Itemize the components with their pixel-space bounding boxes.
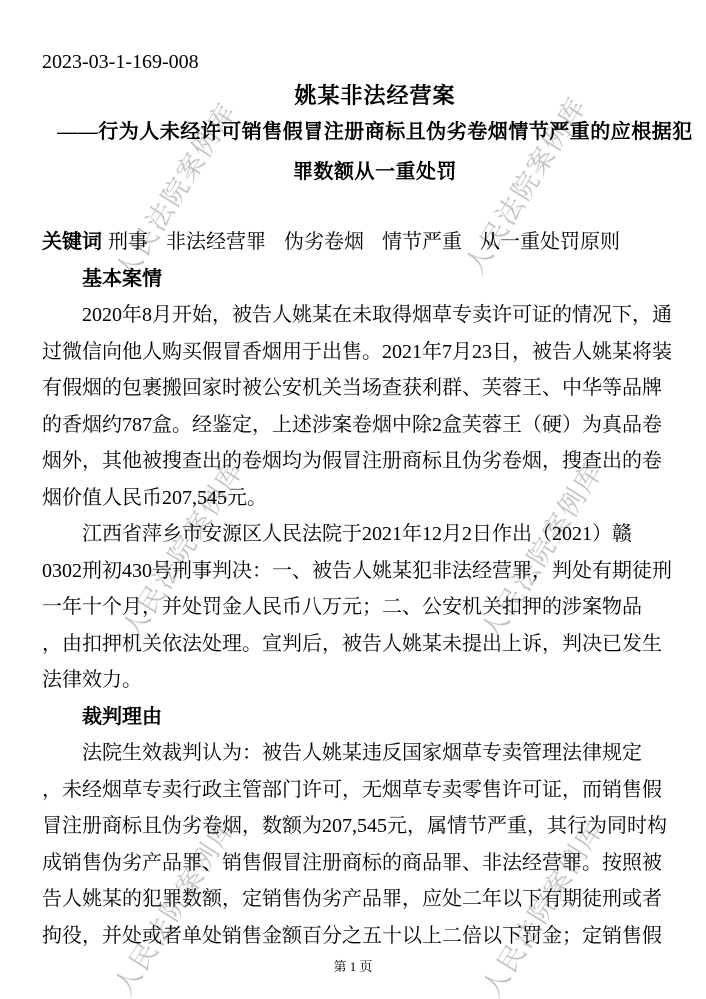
body-line: 法院生效裁判认为：被告人姚某违反国家烟草专卖管理法律规定 [42, 735, 665, 772]
keyword-item: 刑事 [108, 231, 148, 253]
body-line: 法律效力。 [42, 662, 665, 699]
keyword-item: 伪劣卷烟 [284, 231, 364, 253]
paragraph: 2020年8月开始，被告人姚某在未取得烟草专卖许可证的情况下，通过微信向他人购买… [42, 297, 665, 516]
section-judgment-reasons: 法院生效裁判认为：被告人姚某违反国家烟草专卖管理法律规定，未经烟草专卖行政主管部… [42, 735, 665, 954]
body-line: 江西省萍乡市安源区人民法院于2021年12月2日作出（2021）赣 [42, 516, 665, 553]
section-heading-judgment-reasons: 裁判理由 [42, 699, 665, 736]
body-line: ，由扣押机关依法处理。宣判后，被告人姚某未提出上诉，判决已发生 [42, 626, 665, 663]
keywords-row: 关键词刑事非法经营罪伪劣卷烟情节严重从一重处罚原则 [42, 224, 665, 261]
case-subtitle: ——行为人未经许可销售假冒注册商标且伪劣卷烟情节严重的应根据犯 罪数额从一重处罚 [22, 112, 706, 192]
document-body: 关键词刑事非法经营罪伪劣卷烟情节严重从一重处罚原则 基本案情 2020年8月开始… [42, 224, 665, 954]
body-line: 成销售伪劣产品罪、销售假冒注册商标的商品罪、非法经营罪。按照被 [42, 845, 665, 882]
document-page: 人民法院案例库人民法院案例库人民法院案例库人民法院案例库人民法院案例库人民法院案… [0, 0, 706, 999]
body-line: 拘役，并处或者单处销售金额百分之五十以上二倍以下罚金；定销售假 [42, 918, 665, 955]
keyword-item: 情节严重 [382, 231, 462, 253]
body-line: ，未经烟草专卖行政主管部门许可，无烟草专卖零售许可证，而销售假 [42, 772, 665, 809]
keyword-item: 从一重处罚原则 [480, 231, 620, 253]
body-line: 有假烟的包裹搬回家时被公安机关当场查获利群、芙蓉王、中华等品牌 [42, 370, 665, 407]
body-line: 一年十个月，并处罚金人民币八万元；二、公安机关扣押的涉案物品 [42, 589, 665, 626]
section-heading-basic-facts: 基本案情 [42, 261, 665, 298]
body-line: 过微信向他人购买假冒香烟用于出售。2021年7月23日，被告人姚某将装 [42, 334, 665, 371]
case-title: 姚某非法经营案 [22, 82, 706, 110]
page-number: 第 1 页 [0, 957, 706, 977]
subtitle-line: 罪数额从一重处罚 [22, 152, 706, 192]
subtitle-line: ——行为人未经许可销售假冒注册商标且伪劣卷烟情节严重的应根据犯 [22, 112, 706, 152]
keywords-label: 关键词 [42, 231, 102, 253]
paragraph: 法院生效裁判认为：被告人姚某违反国家烟草专卖管理法律规定，未经烟草专卖行政主管部… [42, 735, 665, 954]
body-line: 烟外，其他被搜查出的卷烟均为假冒注册商标且伪劣卷烟，搜查出的卷 [42, 443, 665, 480]
case-number: 2023-03-1-169-008 [42, 50, 199, 74]
paragraph: 江西省萍乡市安源区人民法院于2021年12月2日作出（2021）赣0302刑初4… [42, 516, 665, 699]
keywords-list: 刑事非法经营罪伪劣卷烟情节严重从一重处罚原则 [108, 231, 638, 253]
body-line: 的香烟约787盒。经鉴定，上述涉案卷烟中除2盒芙蓉王（硬）为真品卷 [42, 407, 665, 444]
keyword-item: 非法经营罪 [166, 231, 266, 253]
body-line: 2020年8月开始，被告人姚某在未取得烟草专卖许可证的情况下，通 [42, 297, 665, 334]
body-line: 烟价值人民币207,545元。 [42, 480, 665, 517]
section-basic-facts: 2020年8月开始，被告人姚某在未取得烟草专卖许可证的情况下，通过微信向他人购买… [42, 297, 665, 699]
text-layer: 2023-03-1-169-008 姚某非法经营案 ——行为人未经许可销售假冒注… [0, 0, 706, 999]
body-line: 告人姚某的犯罪数额，定销售伪劣产品罪，应处二年以下有期徒刑或者 [42, 881, 665, 918]
body-line: 0302刑初430号刑事判决：一、被告人姚某犯非法经营罪，判处有期徒刑 [42, 553, 665, 590]
body-line: 冒注册商标且伪劣卷烟，数额为207,545元，属情节严重，其行为同时构 [42, 808, 665, 845]
